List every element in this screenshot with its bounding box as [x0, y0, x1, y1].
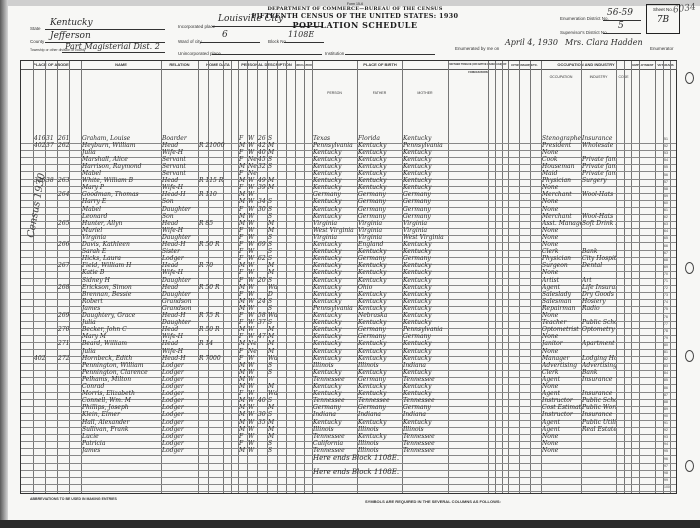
relation-cell: Head: [162, 284, 198, 291]
enumeration-district-label: Enumeration District No.: [560, 16, 609, 21]
name-cell: James: [82, 305, 161, 312]
incorporated-place-label: Incorporated place: [178, 24, 215, 29]
line-number: 88: [664, 400, 676, 404]
mother-birthplace-cell: Tennessee: [403, 376, 448, 383]
census-grid: PLACE OF ABODE NAME RELATION HOME DATA P…: [20, 60, 677, 494]
occupation-cell: Saleslady: [542, 291, 581, 298]
binding-hole: [685, 262, 694, 274]
race-cell: W: [248, 234, 257, 241]
industry-cell: Radio: [582, 305, 616, 312]
mother-birthplace-cell: Kentucky: [403, 312, 448, 319]
mother-birthplace-cell: Kentucky: [403, 340, 448, 347]
mother-birthplace-cell: Germany: [403, 333, 448, 340]
mother-birthplace-cell: Kentucky: [403, 163, 448, 170]
relation-cell: Head: [162, 177, 198, 184]
marital-cell: M: [268, 433, 277, 440]
group-place-of-birth: PLACE OF BIRTH: [312, 61, 449, 70]
industry-cell: Public Works: [582, 404, 616, 411]
line-number: 95: [664, 449, 676, 453]
family-number: 265: [58, 220, 69, 227]
race-cell: W: [248, 198, 257, 205]
ward-value: 6: [222, 30, 228, 40]
industry-cell: Dental: [582, 262, 616, 269]
relation-cell: Lodger: [162, 376, 198, 383]
occupation-cell: None: [542, 184, 581, 191]
father-birthplace-cell: Kentucky: [358, 419, 402, 426]
relation-cell: Head-H: [162, 241, 198, 248]
industry-cell: City Hospital: [582, 255, 616, 262]
family-number: 266: [58, 241, 69, 248]
mother-birthplace-cell: Germany: [403, 255, 448, 262]
race-cell: W: [248, 447, 257, 454]
occupation-cell: Agent: [542, 390, 581, 397]
race-cell: W: [248, 404, 257, 411]
occupation-cell: Agent: [542, 376, 581, 383]
father-birthplace-cell: Virginia: [358, 220, 402, 227]
sex-cell: F: [239, 440, 247, 447]
race-cell: W: [248, 362, 257, 369]
relation-cell: Head: [162, 326, 198, 333]
name-cell: Field, William H: [82, 262, 161, 269]
supervisor-district-value: 5: [618, 21, 624, 31]
relation-cell: Head: [162, 340, 198, 347]
father-birthplace-cell: Nebraska: [358, 312, 402, 319]
name-cell: Goodman, Thomas: [82, 191, 161, 198]
line-number: 93: [664, 435, 676, 439]
industry-cell: Public School: [582, 397, 616, 404]
sex-cell: F: [239, 291, 247, 298]
marital-cell: M: [268, 333, 277, 340]
race-cell: W: [248, 369, 257, 376]
industry-cell: Insurance: [582, 390, 616, 397]
occupation-cell: Physician: [542, 255, 581, 262]
mother-birthplace-cell: Kentucky: [403, 319, 448, 326]
occupation-cell: None: [542, 198, 581, 205]
father-birthplace-cell: Ohio: [358, 284, 402, 291]
age-cell: 40: [258, 149, 267, 156]
father-birthplace-cell: Virginia: [358, 227, 402, 234]
father-birthplace-cell: Indiana: [358, 411, 402, 418]
mother-birthplace-cell: Germany: [403, 404, 448, 411]
occupation-cell: Cost Estimator: [542, 404, 581, 411]
occupation-cell: Clerk: [542, 248, 581, 255]
marital-cell: S: [268, 319, 277, 326]
father-birthplace-cell: Kentucky: [358, 170, 402, 177]
father-birthplace-cell: Kentucky: [358, 184, 402, 191]
relation-cell: Lodger: [162, 447, 198, 454]
state-value: Kentucky: [50, 18, 93, 28]
age-cell: 69: [258, 241, 267, 248]
sex-cell: M: [239, 340, 247, 347]
race-cell: W: [248, 383, 257, 390]
race-cell: W: [248, 255, 257, 262]
mother-birthplace-cell: Kentucky: [403, 241, 448, 248]
race-cell: W: [248, 191, 257, 198]
name-cell: Beard, William: [82, 340, 161, 347]
father-birthplace-cell: Germany: [358, 376, 402, 383]
sex-cell: F: [239, 248, 247, 255]
occupation-cell: Repairman: [542, 305, 581, 312]
father-birthplace-cell: Kentucky: [358, 390, 402, 397]
line-number: 61: [664, 208, 676, 212]
name-cell: Mabel: [82, 206, 161, 213]
race-cell: W: [248, 220, 257, 227]
race-cell: Neg: [248, 340, 257, 347]
marital-cell: S: [268, 447, 277, 454]
occupation-cell: Instructor: [542, 411, 581, 418]
family-number: 267: [58, 262, 69, 269]
sex-cell: F: [239, 390, 247, 397]
name-cell: Julia: [82, 149, 161, 156]
father-birthplace-cell: Kentucky: [358, 298, 402, 305]
race-cell: Neg: [248, 170, 257, 177]
name-cell: Hicks, Laura: [82, 255, 161, 262]
name-cell: James: [82, 447, 161, 454]
father-birthplace-cell: Kentucky: [358, 348, 402, 355]
mother-birthplace-cell: Virginia: [403, 220, 448, 227]
race-cell: W: [248, 390, 257, 397]
father-birthplace-cell: Florida: [358, 135, 402, 142]
marital-cell: M: [268, 404, 277, 411]
group-place-of-abode: PLACE OF ABODE: [21, 61, 82, 70]
marital-cell: Wd: [268, 284, 277, 291]
relation-cell: Daughter: [162, 277, 198, 284]
sex-cell: F: [239, 269, 247, 276]
relation-cell: Head-H: [162, 191, 198, 198]
line-number: 51: [664, 137, 676, 141]
occupation-cell: Instructor: [542, 397, 581, 404]
line-number: 66: [664, 244, 676, 248]
race-cell: W: [248, 262, 257, 269]
family-number: 272: [58, 355, 69, 362]
name-cell: Morris, Elizabeth: [82, 390, 161, 397]
name-cell: Daughtery, Grace: [82, 312, 161, 319]
sex-cell: M: [239, 220, 247, 227]
relation-cell: Daughter: [162, 291, 198, 298]
age-cell: 20: [258, 277, 267, 284]
footer-symbols: SYMBOLS ARE REQUIRED IN THE SEVERAL COLU…: [365, 499, 501, 504]
age-cell: 42: [258, 142, 267, 149]
race-cell: W: [248, 333, 257, 340]
mother-birthplace-cell: Kentucky: [403, 284, 448, 291]
marital-cell: S: [268, 362, 277, 369]
race-cell: W: [248, 142, 257, 149]
mother-birthplace-cell: Kentucky: [403, 135, 448, 142]
family-number: 268: [58, 284, 69, 291]
name-cell: Sullivan, Frank: [82, 426, 161, 433]
township-value: Part Magisterial Dist. 2: [65, 42, 160, 51]
marital-cell: M: [268, 262, 277, 269]
line-number: 79: [664, 336, 676, 340]
line-number: 63: [664, 222, 676, 226]
sex-cell: F: [239, 333, 247, 340]
sex-cell: M: [239, 397, 247, 404]
industry-cell: Surgery: [582, 177, 616, 184]
industry-cell: Insurance: [582, 376, 616, 383]
marital-cell: S: [268, 397, 277, 404]
father-birthplace-cell: Kentucky: [358, 340, 402, 347]
mother-birthplace-cell: Kentucky: [403, 262, 448, 269]
line-number: 80: [664, 343, 676, 347]
line-number: 92: [664, 428, 676, 432]
race-cell: W: [248, 177, 257, 184]
mother-birthplace-cell: Pennsylvania: [403, 142, 448, 149]
mother-birthplace-cell: Tennessee: [403, 397, 448, 404]
institution-line: [345, 43, 435, 55]
header-mother: MOTHER: [402, 91, 449, 99]
father-birthplace-cell: Kentucky: [358, 355, 402, 362]
industry-cell: Private family: [582, 163, 616, 170]
mother-birthplace-cell: Tennessee: [403, 440, 448, 447]
home-data-cell: R 50 R: [199, 326, 237, 333]
occupation-cell: None: [542, 149, 581, 156]
marital-cell: Wd: [268, 312, 277, 319]
race-cell: W: [248, 184, 257, 191]
line-number: 84: [664, 371, 676, 375]
sex-cell: M: [239, 362, 247, 369]
marital-cell: M: [268, 220, 277, 227]
mother-birthplace-cell: West Virginia: [403, 234, 448, 241]
family-number: 264: [58, 191, 69, 198]
age-cell: 26: [258, 135, 267, 142]
mother-birthplace-cell: Kentucky: [403, 177, 448, 184]
line-number: 97: [664, 464, 676, 468]
line-number: 71: [664, 279, 676, 283]
sex-cell: M: [239, 411, 247, 418]
marital-cell: S: [268, 241, 277, 248]
relation-cell: Daughter: [162, 234, 198, 241]
marital-cell: Wd: [268, 390, 277, 397]
relation-cell: Head: [162, 220, 198, 227]
relation-cell: Lodger: [162, 255, 198, 262]
sex-cell: F: [239, 355, 247, 362]
mother-birthplace-cell: Virginia: [403, 227, 448, 234]
sex-cell: F: [239, 206, 247, 213]
census-title: FIFTEENTH CENSUS OF THE UNITED STATES: 1…: [250, 12, 460, 20]
house-number: 402: [34, 355, 45, 362]
name-cell: Robert: [82, 298, 161, 305]
industry-cell: Private family: [582, 170, 616, 177]
sheet-number-label: Sheet No.: [647, 7, 679, 12]
relation-cell: Servant: [162, 170, 198, 177]
home-data-cell: R 50 R: [199, 284, 237, 291]
marital-cell: M: [268, 269, 277, 276]
race-cell: W: [248, 419, 257, 426]
name-cell: Brennan, Bessie: [82, 291, 161, 298]
father-birthplace-cell: Kentucky: [358, 269, 402, 276]
father-birthplace-cell: Illinois: [358, 440, 402, 447]
family-number: 263: [58, 177, 69, 184]
mother-birthplace-cell: Kentucky: [403, 156, 448, 163]
footer: ABBREVIATIONS TO BE USED IN MAKING ENTRI…: [20, 493, 675, 519]
relation-cell: Wife-H: [162, 348, 198, 355]
mother-birthplace-cell: Tennessee: [403, 433, 448, 440]
sex-cell: M: [239, 142, 247, 149]
father-birthplace-cell: Kentucky: [358, 383, 402, 390]
group-mother-tongue: MOTHER TONGUE (OR NATIVE LANGUAGE) OF FO…: [448, 61, 509, 70]
relation-cell: Lodger: [162, 411, 198, 418]
line-number: 87: [664, 393, 676, 397]
sex-cell: M: [239, 426, 247, 433]
enumeration-district-value: 56-59: [607, 8, 633, 18]
name-cell: Virginia: [82, 234, 161, 241]
county-value: Jefferson: [50, 31, 91, 41]
footer-abbreviations: ABBREVIATIONS TO BE USED IN MAKING ENTRI…: [30, 497, 117, 501]
house-number: 416: [34, 135, 45, 142]
sex-cell: M: [239, 163, 247, 170]
name-cell: Marshall, Alice: [82, 156, 161, 163]
industry-cell: Art: [582, 277, 616, 284]
race-cell: W: [248, 248, 257, 255]
race-cell: W: [248, 149, 257, 156]
marital-cell: M: [268, 340, 277, 347]
header-industry: INDUSTRY: [581, 75, 617, 83]
race-cell: W: [248, 440, 257, 447]
home-data-cell: R 14: [199, 340, 237, 347]
race-cell: Neg: [248, 156, 257, 163]
relation-cell: Wife-H: [162, 184, 198, 191]
name-cell: Katie B: [82, 269, 161, 276]
marital-cell: S: [268, 440, 277, 447]
occupation-cell: Artist: [542, 277, 581, 284]
supervisor-district-label: Supervisor's District No.: [560, 30, 608, 35]
occupation-cell: Asst. Manager: [542, 220, 581, 227]
industry-cell: Optometry: [582, 326, 616, 333]
father-birthplace-cell: Kentucky: [358, 433, 402, 440]
relation-cell: Son: [162, 213, 198, 220]
marital-cell: M: [268, 149, 277, 156]
line-number: 78: [664, 329, 676, 333]
industry-cell: Insurance: [582, 411, 616, 418]
family-number: 269: [58, 312, 69, 319]
occupation-cell: None: [542, 383, 581, 390]
father-birthplace-cell: Germany: [358, 191, 402, 198]
block-value: 1108E: [288, 30, 314, 39]
mother-birthplace-cell: Germany: [403, 213, 448, 220]
occupation-cell: Merchant: [542, 191, 581, 198]
mother-birthplace-cell: Indiana: [403, 362, 448, 369]
industry-cell: Dry Goods: [582, 291, 616, 298]
industry-cell: Insurance: [582, 135, 616, 142]
title-block: Form 15-6 DEPARTMENT OF COMMERCE—BUREAU …: [250, 2, 460, 30]
occupation-cell: None: [542, 227, 581, 234]
group-name: NAME: [81, 61, 162, 70]
race-cell: W: [248, 305, 257, 312]
industry-cell: Wool-Hats: [582, 191, 616, 198]
father-birthplace-cell: Germany: [358, 206, 402, 213]
mother-birthplace-cell: Kentucky: [403, 305, 448, 312]
occupation-cell: None: [542, 440, 581, 447]
marital-cell: S: [268, 305, 277, 312]
father-birthplace-cell: Germany: [358, 326, 402, 333]
name-cell: Davis, Kathleen: [82, 241, 161, 248]
line-number: 73: [664, 293, 676, 297]
group-employment: EMPLOYMENT: [631, 61, 656, 70]
birthplace-cell: Here ends Block 1108E.: [313, 454, 513, 462]
father-birthplace-cell: Kentucky: [358, 142, 402, 149]
line-number: 60: [664, 201, 676, 205]
line-number: 58: [664, 187, 676, 191]
race-cell: W: [248, 213, 257, 220]
mother-birthplace-cell: Kentucky: [403, 390, 448, 397]
home-data-cell: R 75 R: [199, 312, 237, 319]
industry-cell: Wool-Hats: [582, 213, 616, 220]
family-number: 270: [58, 326, 69, 333]
marital-cell: S: [268, 277, 277, 284]
name-cell: Mary M: [82, 333, 161, 340]
age-cell: 47: [258, 333, 267, 340]
line-number: 59: [664, 194, 676, 198]
relation-cell: Lodger: [162, 390, 198, 397]
father-birthplace-cell: Tennessee: [358, 397, 402, 404]
industry-cell: Private family: [582, 156, 616, 163]
home-data-cell: R 7000: [199, 355, 237, 362]
relation-cell: Wife-H: [162, 269, 198, 276]
race-cell: W: [248, 135, 257, 142]
name-cell: Pennington, William: [82, 362, 161, 369]
age-cell: 62: [258, 255, 267, 262]
mother-birthplace-cell: Germany: [403, 198, 448, 205]
race-cell: W: [248, 269, 257, 276]
occupation-cell: Advertising: [542, 362, 581, 369]
line-number: 91: [664, 421, 676, 425]
race-cell: W: [248, 376, 257, 383]
occupation-cell: Teacher: [542, 319, 581, 326]
relation-cell: Daughter: [162, 206, 198, 213]
father-birthplace-cell: Kentucky: [358, 277, 402, 284]
relation-cell: Lodger: [162, 440, 198, 447]
home-data-cell: R 115 R: [199, 177, 237, 184]
marital-cell: S: [268, 135, 277, 142]
mother-birthplace-cell: Kentucky: [403, 355, 448, 362]
schedule-title: POPULATION SCHEDULE: [250, 20, 460, 30]
father-birthplace-cell: Germany: [358, 198, 402, 205]
sex-cell: F: [239, 255, 247, 262]
occupation-cell: None: [542, 433, 581, 440]
line-number: 64: [664, 229, 676, 233]
mother-birthplace-cell: Kentucky: [403, 269, 448, 276]
sex-cell: M: [239, 191, 247, 198]
name-cell: Phillips, Joseph: [82, 404, 161, 411]
age-cell: 32: [258, 163, 267, 170]
dwelling-number: 37: [46, 142, 57, 149]
industry-cell: Advertising: [582, 362, 616, 369]
occupation-cell: Stenographer: [542, 135, 581, 142]
sex-cell: F: [239, 156, 247, 163]
mother-birthplace-cell: Kentucky: [403, 149, 448, 156]
home-data-cell: R 50 R: [199, 241, 237, 248]
mother-birthplace-cell: Germany: [403, 191, 448, 198]
marital-cell: S: [268, 255, 277, 262]
age-cell: 35: [258, 419, 267, 426]
race-cell: W: [248, 277, 257, 284]
father-birthplace-cell: Kentucky: [358, 305, 402, 312]
marital-cell: M: [268, 348, 277, 355]
father-birthplace-cell: Kentucky: [358, 177, 402, 184]
father-birthplace-cell: Kentucky: [358, 369, 402, 376]
sex-cell: M: [239, 198, 247, 205]
group-home-data: HOME DATA: [198, 61, 239, 70]
table-row: 100: [21, 484, 676, 492]
marital-cell: S: [268, 248, 277, 255]
father-birthplace-cell: Kentucky: [358, 262, 402, 269]
line-number: 70: [664, 272, 676, 276]
family-number: 261: [58, 135, 69, 142]
occupation-cell: Salesman: [542, 298, 581, 305]
occupation-cell: Maid: [542, 170, 581, 177]
race-cell: W: [248, 326, 257, 333]
line-number: 86: [664, 386, 676, 390]
